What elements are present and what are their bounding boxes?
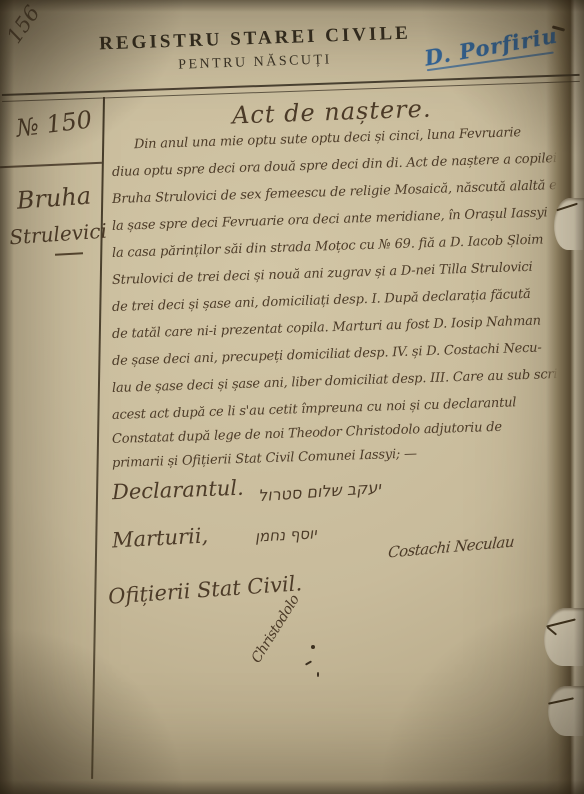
act-body-line: Strulovici de trei deci și nouă ani zugr… xyxy=(112,260,533,288)
child-family-name: Strulevici xyxy=(8,213,108,256)
underlying-page-edge xyxy=(570,0,584,794)
declarant-label: Declarantul. xyxy=(112,476,244,505)
torn-paper-flap xyxy=(544,608,584,666)
act-body-line: lau de șase deci și șase ani, liber domi… xyxy=(112,367,564,396)
header-double-rule xyxy=(2,74,580,102)
child-name-margin: Bruha Strulevici xyxy=(6,177,109,256)
witness-cursive-signature: Costachi Neculau xyxy=(387,532,514,561)
act-body-line: primarii și Ofițierii Stat Civil Comunei… xyxy=(112,446,417,471)
act-body-line: la șase spre deci Fevruarie ora deci ant… xyxy=(112,205,548,234)
witness-hebrew-signature: יוסף נחמן xyxy=(255,524,317,545)
pencil-page-number: 156 xyxy=(2,1,45,48)
act-body-line: de tatăl care ni-i prezentat copila. Mar… xyxy=(112,314,541,342)
officials-blue-ink-signature: D. Porfiriu xyxy=(423,23,561,74)
act-body-line: de șase deci ani, precupeți domiciliat d… xyxy=(112,341,542,369)
ink-speck xyxy=(311,645,315,649)
witnesses-label: Marturii, xyxy=(111,523,208,552)
act-title: Act de naștere. xyxy=(232,95,432,130)
margin-divider-rule xyxy=(0,162,102,168)
act-body-line: la casa părinților săi din strada Moțoc … xyxy=(112,232,544,261)
ink-speck xyxy=(305,660,312,665)
page-edge-shadow xyxy=(546,0,572,794)
officer-diagonal-signature: Christodolo xyxy=(248,592,302,666)
act-body-line: diua optu spre deci ora două spre deci d… xyxy=(112,151,557,180)
act-body-line: acest act după ce li s'au cetit împreuna… xyxy=(112,395,517,423)
act-body-line: Bruha Strulovici de sex femeescu de reli… xyxy=(112,178,567,207)
civil-registry-page-scan: 156 REGISTRU STAREI CIVILE PENTRU NĂSCUȚ… xyxy=(0,0,584,794)
act-body-line: de trei deci și șase ani, domiciliați de… xyxy=(112,287,531,315)
act-body-line: Din anul una mie optu sute optu deci și … xyxy=(112,125,521,153)
declarant-hebrew-signature: יעקב שלום סטרול xyxy=(257,478,381,506)
ink-speck xyxy=(317,672,319,677)
torn-paper-flap xyxy=(548,686,584,736)
stamp-signature-text: D. Porfiriu xyxy=(423,23,560,71)
name-underline xyxy=(55,252,83,255)
civil-status-officer-label: Ofițierii Stat Civil. xyxy=(107,571,302,608)
act-body-line: Constatat după lege de noi Theodor Chris… xyxy=(112,420,502,447)
act-number: № 150 xyxy=(15,105,94,142)
